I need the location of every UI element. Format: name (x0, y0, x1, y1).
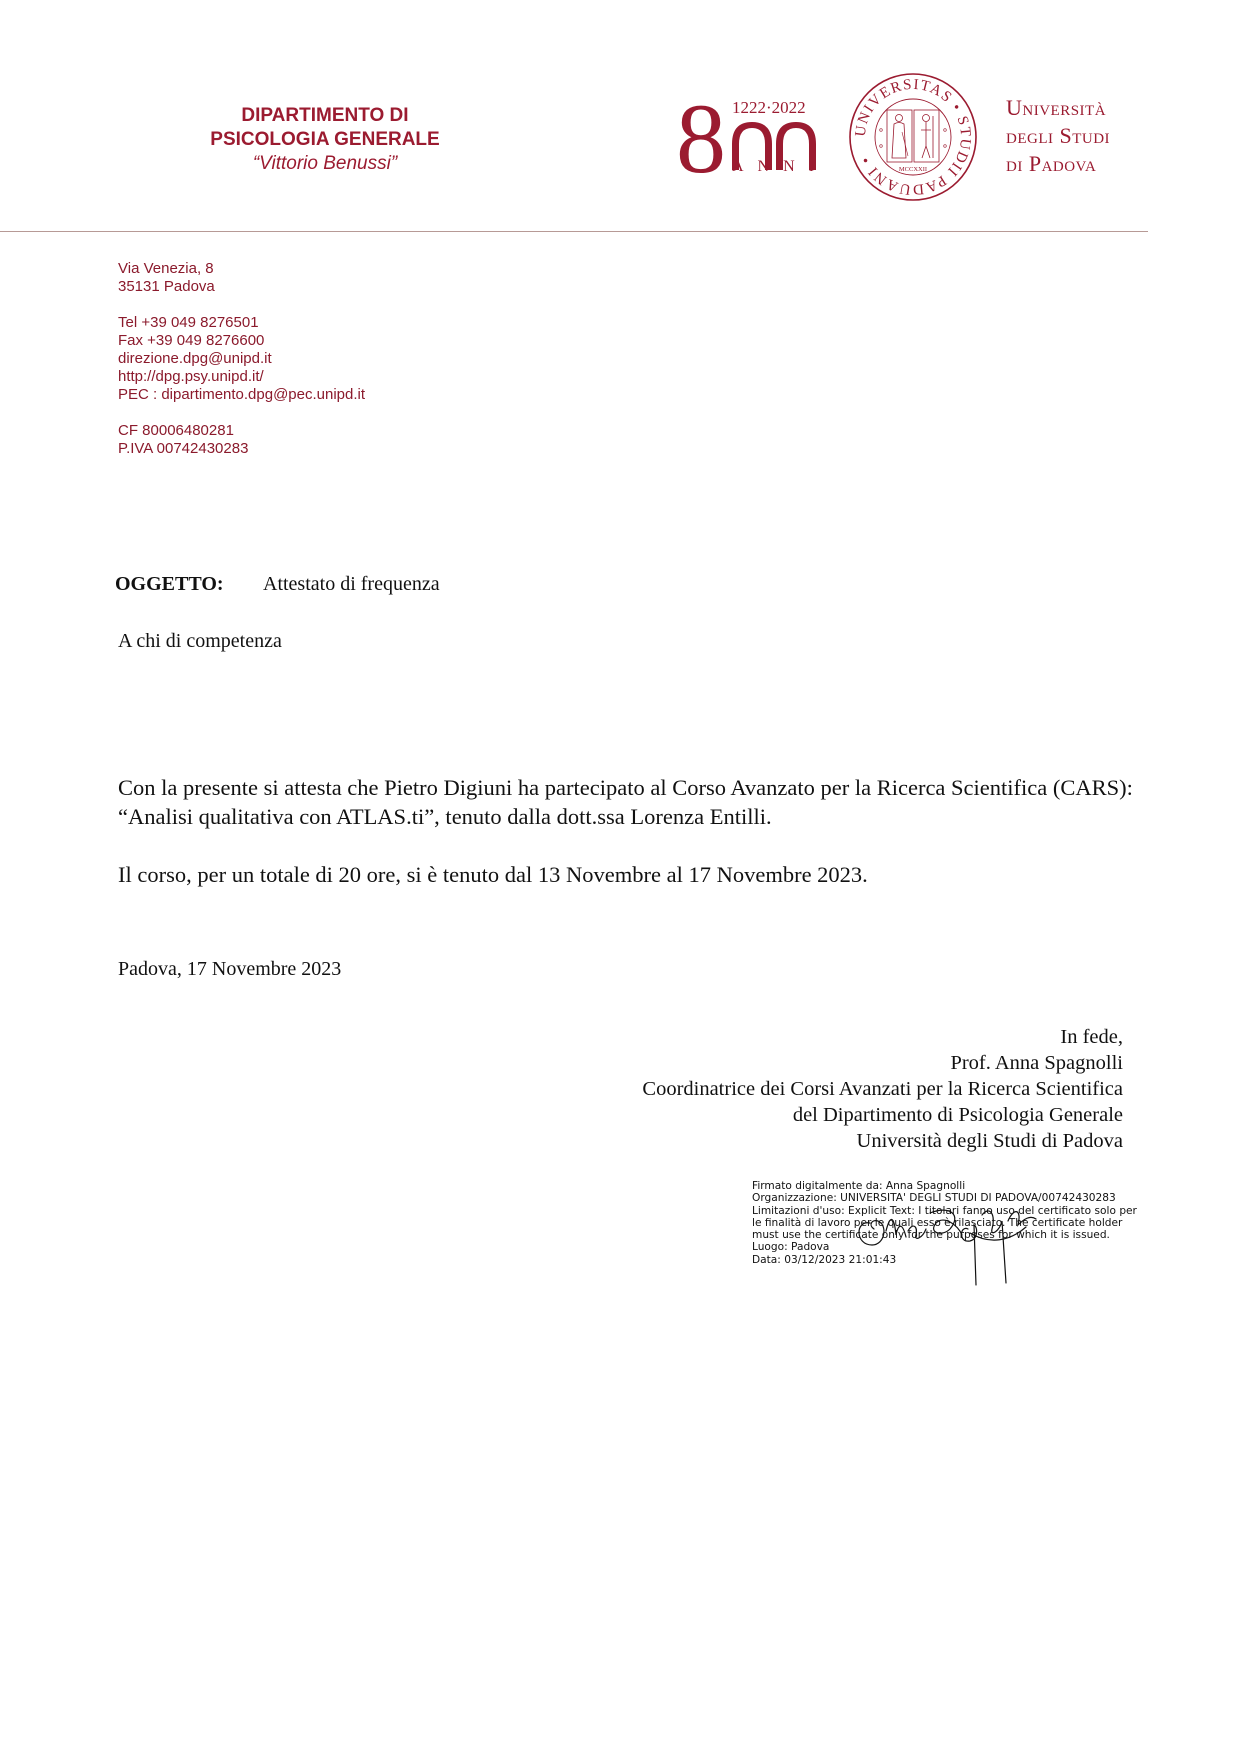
anniversary-800-logo-icon: 8 1222·2022 ANNI (676, 86, 826, 186)
logo-years: 1222·2022 (732, 98, 806, 117)
signatory-role: Coordinatrice dei Corsi Avanzati per la … (642, 1076, 1123, 1102)
signature-block: In fede, Prof. Anna Spagnolli Coordinatr… (642, 1024, 1123, 1154)
seal-year: MCCXXII (899, 166, 927, 173)
department-name-line1: DIPARTIMENTO DI (180, 104, 470, 128)
vat-number: P.IVA 00742430283 (118, 440, 365, 458)
subject-line: OGGETTO:Attestato di frequenza (115, 573, 440, 596)
email-link[interactable]: direzione.dpg@unipd.it (118, 350, 365, 368)
svg-text:UNIVERSITAS • STUDII PADUANI •: UNIVERSITAS • STUDII PADUANI • (853, 77, 974, 198)
subject-label: OGGETTO: (115, 573, 263, 596)
contact-block: Via Venezia, 8 35131 Padova Tel +39 049 … (118, 260, 365, 458)
logo-eight: 8 (676, 86, 723, 186)
fiscal-code: CF 80006480281 (118, 422, 365, 440)
department-name-line2: PSICOLOGIA GENERALE (180, 128, 470, 152)
letter-body: Con la presente si attesta che Pietro Di… (118, 773, 1148, 918)
body-paragraph-course-details: Il corso, per un totale di 20 ore, si è … (118, 860, 1148, 889)
handwritten-signature-icon (850, 1185, 1050, 1290)
header-divider (0, 231, 1148, 232)
seal-ring-text: UNIVERSITAS • STUDII PADUANI • (853, 77, 974, 198)
university-seal-icon: UNIVERSITAS • STUDII PADUANI • MCCXXII (848, 72, 978, 202)
closing-salutation: In fede, (642, 1024, 1123, 1050)
logo-anni: ANNI (732, 158, 826, 175)
place-and-date: Padova, 17 Novembre 2023 (118, 958, 341, 981)
department-heading: DIPARTIMENTO DI PSICOLOGIA GENERALE “Vit… (180, 104, 470, 176)
signatory-name: Prof. Anna Spagnolli (642, 1050, 1123, 1076)
university-name-line1: Università (1006, 94, 1110, 122)
subject-text: Attestato di frequenza (263, 573, 440, 595)
greeting: A chi di competenza (118, 630, 282, 653)
university-name-line3: di Padova (1006, 150, 1110, 178)
website-link[interactable]: http://dpg.psy.unipd.it/ (118, 368, 365, 386)
address-city: 35131 Padova (118, 278, 365, 296)
address-street: Via Venezia, 8 (118, 260, 365, 278)
signatory-university: Università degli Studi di Padova (642, 1128, 1123, 1154)
pec-email[interactable]: PEC : dipartimento.dpg@pec.unipd.it (118, 386, 365, 404)
university-name-line2: degli Studi (1006, 122, 1110, 150)
signatory-department: del Dipartimento di Psicologia Generale (642, 1102, 1123, 1128)
department-dedication: “Vittorio Benussi” (180, 152, 470, 176)
university-name: Università degli Studi di Padova (1006, 94, 1110, 178)
fax-number: Fax +39 049 8276600 (118, 332, 365, 350)
phone-number: Tel +39 049 8276501 (118, 314, 365, 332)
body-paragraph-attestation: Con la presente si attesta che Pietro Di… (118, 773, 1148, 831)
